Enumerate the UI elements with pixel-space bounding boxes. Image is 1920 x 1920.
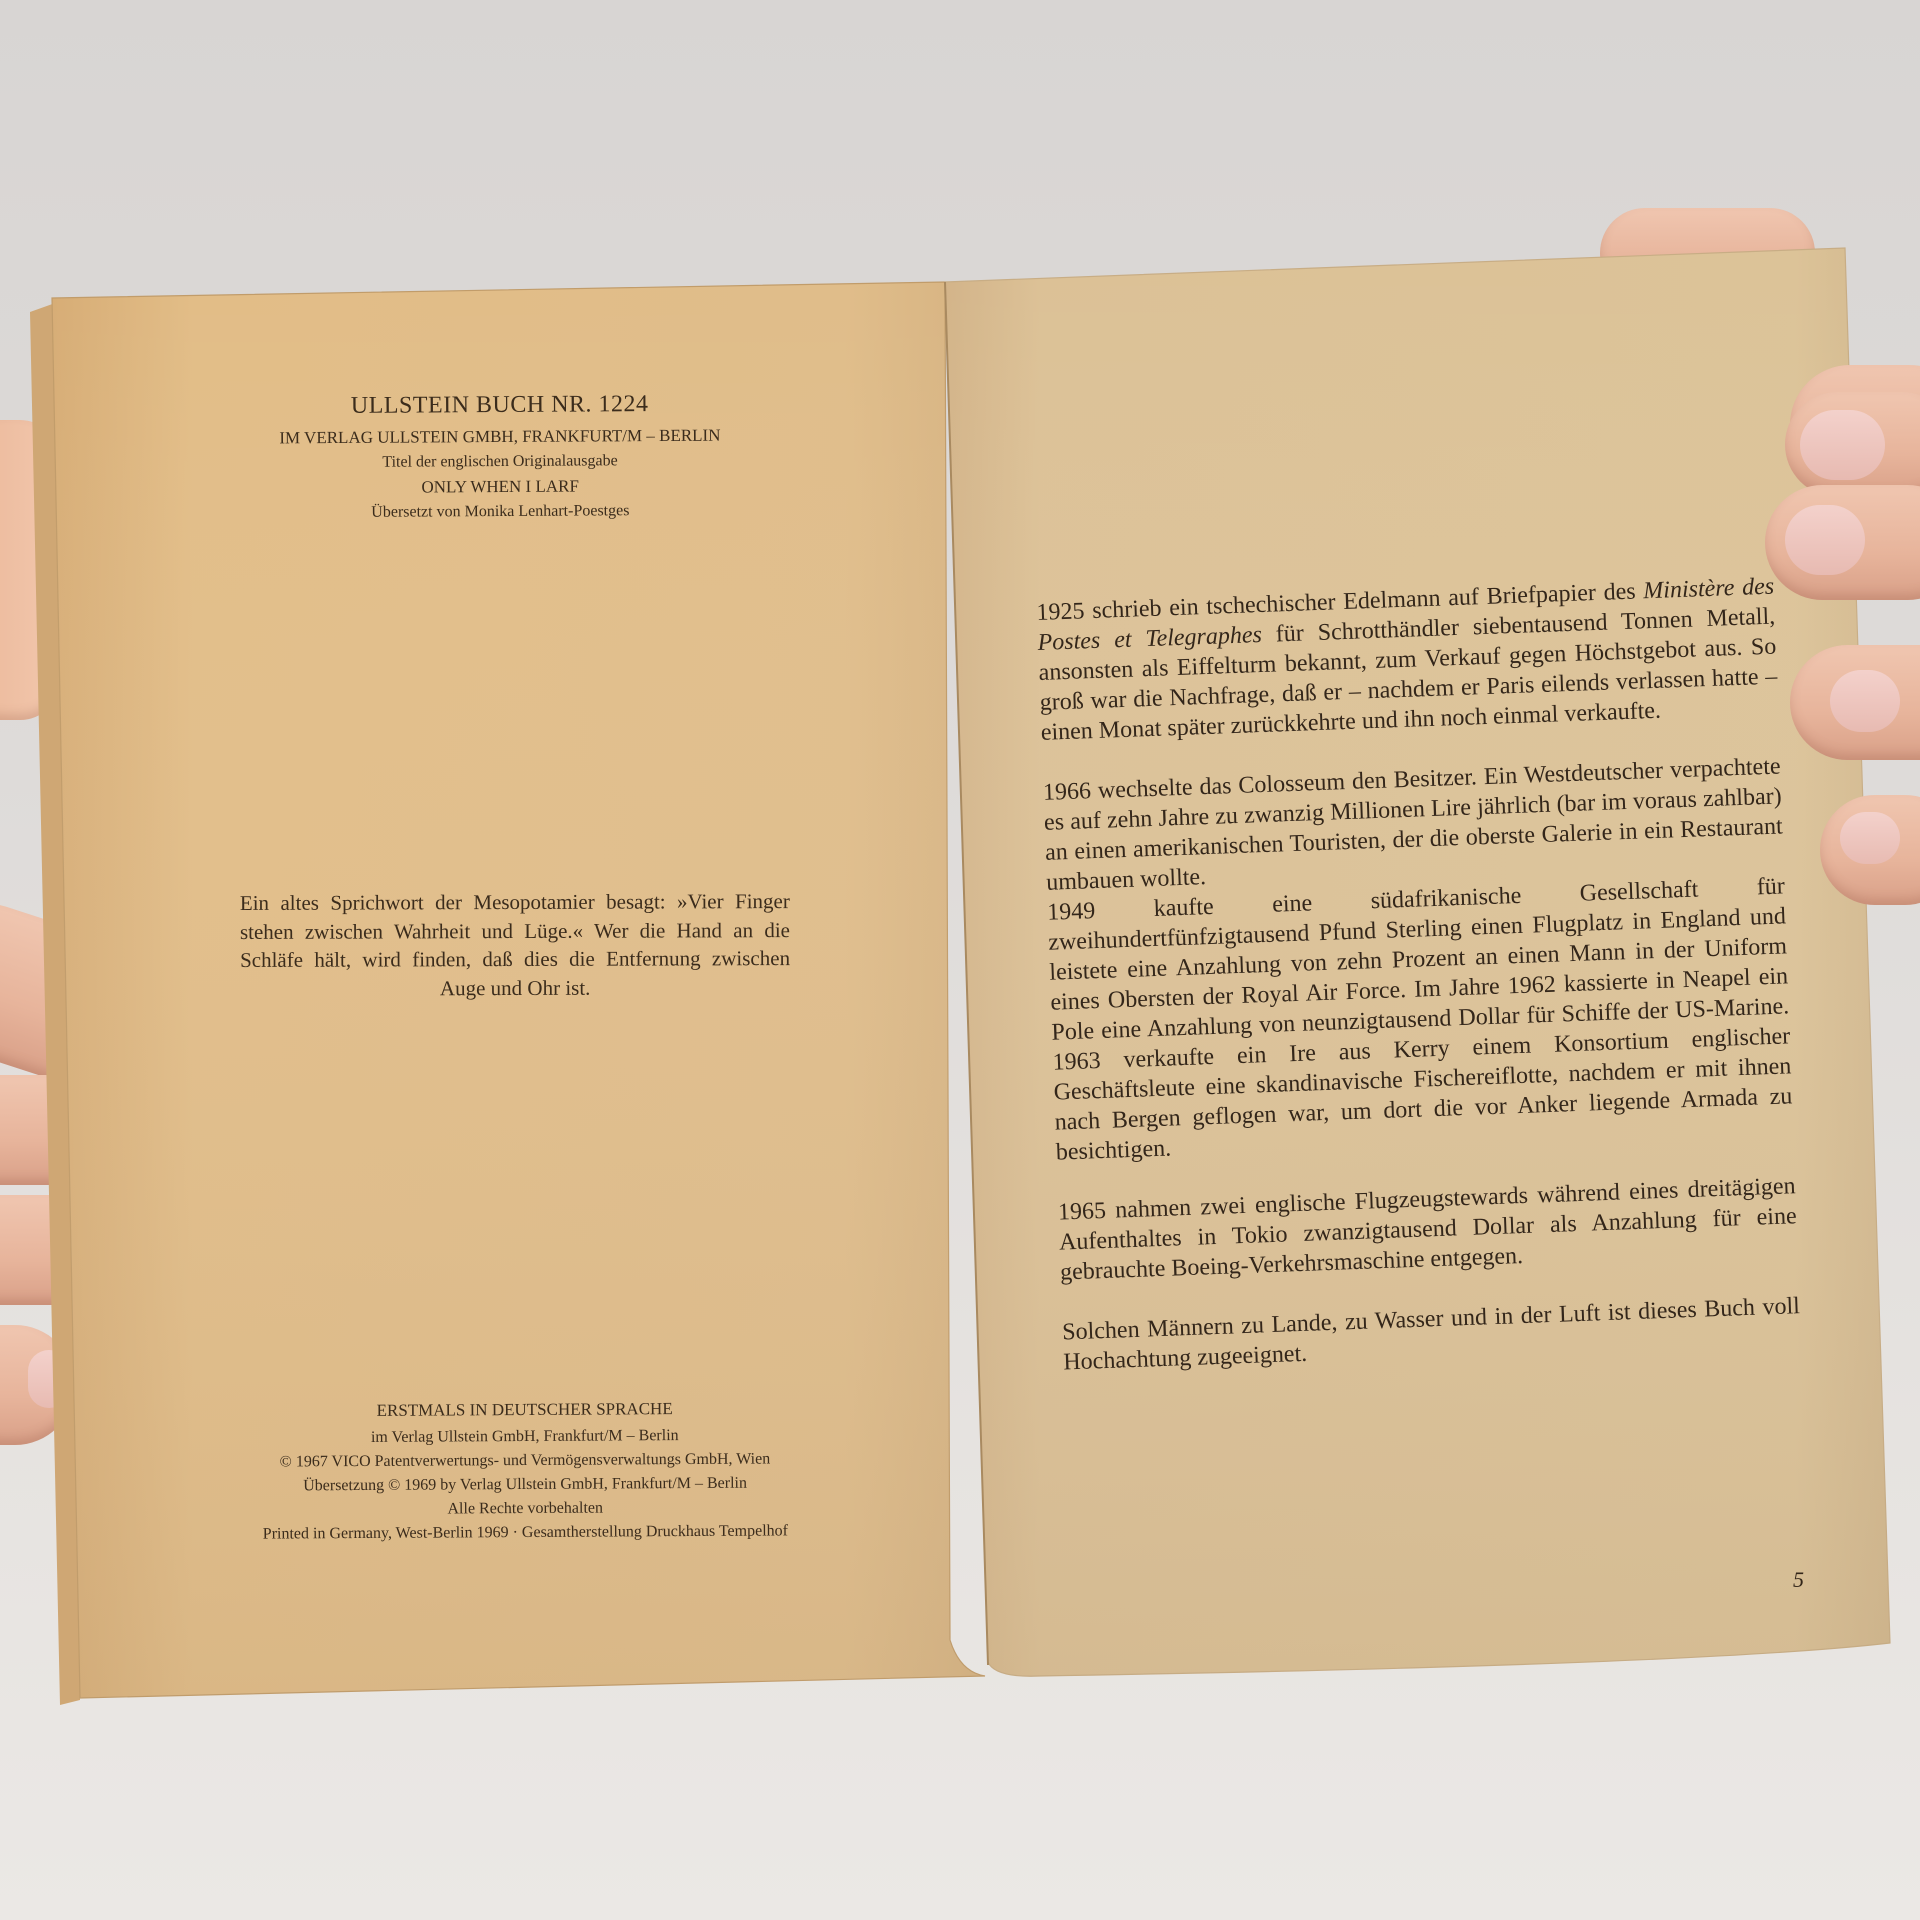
translator-credit: Übersetzt von Monika Lenhart-Poestges [230,497,770,525]
photo-scene: ULLSTEIN BUCH NR. 1224 IM VERLAG ULLSTEI… [0,0,1920,1920]
copyright-original: © 1967 VICO Patentverwertungs- und Vermö… [190,1447,860,1475]
paragraph-1965: 1965 nahmen zwei englische Flugzeugstewa… [1057,1171,1798,1287]
title-page-header: ULLSTEIN BUCH NR. 1224 IM VERLAG ULLSTEI… [230,386,771,525]
dedication-body: 1925 schrieb ein tschechischer Edelmann … [1036,572,1801,1378]
paragraph-1925: 1925 schrieb ein tschechischer Edelmann … [1036,572,1779,748]
series-number: ULLSTEIN BUCH NR. 1224 [230,386,770,423]
printing-note: Printed in Germany, West-Berlin 1969 · G… [190,1519,860,1547]
page-number: 5 [1793,1567,1804,1593]
epigraph: Ein altes Sprichwort der Mesopotamier be… [240,887,790,1003]
colophon: ERSTMALS IN DEUTSCHER SPRACHE im Verlag … [190,1396,861,1547]
original-title: ONLY WHEN I LARF [230,472,770,500]
paragraph-1949: 1949 kaufte eine südafrikanische Gesells… [1047,871,1794,1167]
original-title-label: Titel der englischen Originalausgabe [230,447,770,475]
publisher-line: IM VERLAG ULLSTEIN GMBH, FRANKFURT/M – B… [230,422,770,450]
first-edition-note: ERSTMALS IN DEUTSCHER SPRACHE [190,1396,860,1424]
